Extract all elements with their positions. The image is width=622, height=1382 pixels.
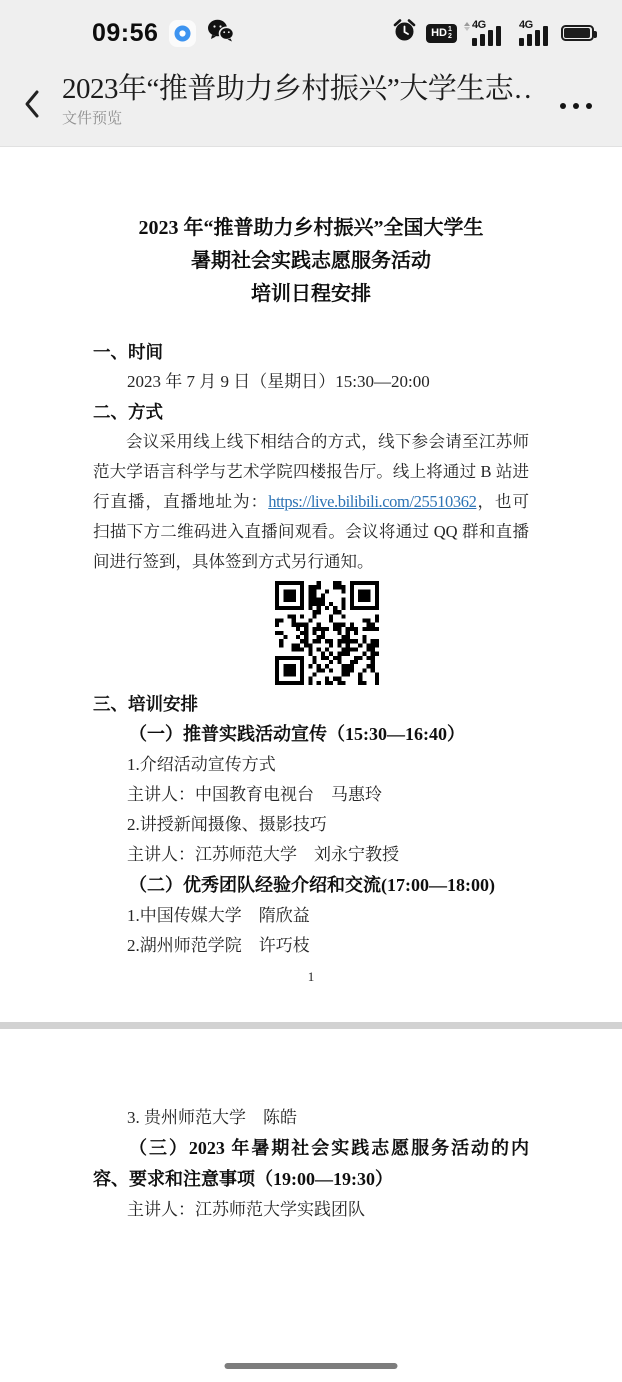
network-type-label: 4G bbox=[519, 19, 533, 31]
live-stream-link[interactable]: https://live.bilibili.com/25510362 bbox=[268, 492, 476, 511]
paragraph-text: ，也可 bbox=[476, 492, 529, 511]
schedule-speaker: 主讲人：江苏师范大学 刘永宁教授 bbox=[93, 840, 529, 870]
section-heading-schedule: 三、培训安排 bbox=[93, 689, 529, 719]
paragraph-line: 范大学语言科学与艺术学院四楼报告厅。线上将通过 B 站进 bbox=[93, 457, 529, 487]
paragraph-line: 间进行签到，具体签到方式另行通知。 bbox=[93, 547, 529, 577]
status-left-cluster: 09:56 bbox=[92, 16, 234, 50]
chevron-left-icon bbox=[23, 89, 40, 119]
schedule-item: 2.湖州师范学院 许巧枝 bbox=[93, 931, 529, 961]
hd-sim-stack: 1 2 bbox=[448, 26, 452, 40]
page-divider bbox=[0, 1022, 622, 1029]
status-time: 09:56 bbox=[92, 19, 158, 48]
qr-code-container bbox=[109, 577, 545, 689]
status-right-cluster: HD 1 2 4G 4G bbox=[393, 16, 594, 50]
section-heading-time: 一、时间 bbox=[93, 337, 529, 367]
doc-title-line: 2023 年“推普助力乡村振兴”全国大学生 bbox=[93, 212, 529, 245]
screen-record-icon bbox=[169, 20, 196, 47]
hd-sim1: 1 bbox=[448, 26, 452, 33]
schedule-item: 2.讲授新闻摄像、摄影技巧 bbox=[93, 810, 529, 840]
schedule-item: 3. 贵州师范大学 陈皓 bbox=[93, 1103, 529, 1133]
doc-title-line: 培训日程安排 bbox=[93, 278, 529, 311]
document-page-2: 3. 贵州师范大学 陈皓 （三）2023 年暑期社会实践志愿服务活动的内容、要求… bbox=[0, 1029, 622, 1382]
status-bar: 09:56 bbox=[0, 16, 622, 50]
schedule-item: 1.介绍活动宣传方式 bbox=[93, 750, 529, 780]
alarm-icon bbox=[393, 19, 416, 47]
data-activity-arrows-icon bbox=[464, 22, 470, 31]
nav-subtitle: 文件预览 bbox=[62, 110, 532, 128]
paragraph-text: 行直播，直播地址为： bbox=[93, 492, 268, 511]
nav-bar: 2023年“推普助力乡村振兴”大学生志… 文件预览 bbox=[0, 68, 622, 140]
back-button[interactable] bbox=[14, 84, 48, 124]
nav-title-block: 2023年“推普助力乡村振兴”大学生志… 文件预览 bbox=[62, 70, 532, 128]
schedule-item: 1.中国传媒大学 隋欣益 bbox=[93, 901, 529, 931]
home-indicator[interactable] bbox=[225, 1363, 398, 1369]
network-type-label: 4G bbox=[472, 19, 486, 31]
schedule-speaker: 主讲人：江苏师范大学实践团队 bbox=[93, 1195, 529, 1225]
volte-hd-icon: HD 1 2 bbox=[426, 24, 457, 43]
hd-sim2: 2 bbox=[448, 33, 452, 40]
page-number: 1 bbox=[93, 967, 529, 987]
section-heading-method: 二、方式 bbox=[93, 397, 529, 427]
paragraph-line: 行直播，直播地址为：https://live.bilibili.com/2551… bbox=[93, 487, 529, 517]
signal-icon-sim1: 4G bbox=[467, 20, 504, 47]
subsection-1-heading: （一）推普实践活动宣传（15:30—16:40） bbox=[93, 719, 529, 750]
event-datetime: 2023 年 7 月 9 日（星期日）15:30—20:00 bbox=[93, 367, 529, 397]
qr-code-image bbox=[275, 581, 379, 685]
document-title: 2023年“推普助力乡村振兴”大学生志… bbox=[62, 70, 532, 108]
app-header: 09:56 bbox=[0, 0, 622, 147]
phone-screen: 09:56 bbox=[0, 0, 622, 1382]
subsection-2-heading: （二）优秀团队经验介绍和交流(17:00—18:00) bbox=[93, 870, 529, 901]
dot-icon bbox=[573, 103, 579, 109]
hd-label: HD bbox=[431, 28, 447, 39]
signal-icon-sim2: 4G bbox=[514, 20, 551, 47]
battery-icon bbox=[561, 25, 594, 41]
dot-icon bbox=[586, 103, 592, 109]
schedule-speaker: 主讲人：中国教育电视台 马惠玲 bbox=[93, 780, 529, 810]
paragraph-line: 扫描下方二维码进入直播间观看。会议将通过 QQ 群和直播 bbox=[93, 517, 529, 547]
document-viewer[interactable]: 2023 年“推普助力乡村振兴”全国大学生 暑期社会实践志愿服务活动 培训日程安… bbox=[0, 148, 622, 1382]
dot-icon bbox=[560, 103, 566, 109]
wechat-icon bbox=[207, 19, 234, 47]
subsection-3-heading: （三）2023 年暑期社会实践志愿服务活动的内容、要求和注意事项（19:00—1… bbox=[93, 1133, 529, 1195]
more-menu-button[interactable] bbox=[554, 94, 598, 118]
document-page-1: 2023 年“推普助力乡村振兴”全国大学生 暑期社会实践志愿服务活动 培训日程安… bbox=[0, 148, 622, 1022]
doc-title-line: 暑期社会实践志愿服务活动 bbox=[93, 245, 529, 278]
paragraph-line: 会议采用线上线下相结合的方式，线下参会请至江苏师 bbox=[93, 427, 529, 457]
